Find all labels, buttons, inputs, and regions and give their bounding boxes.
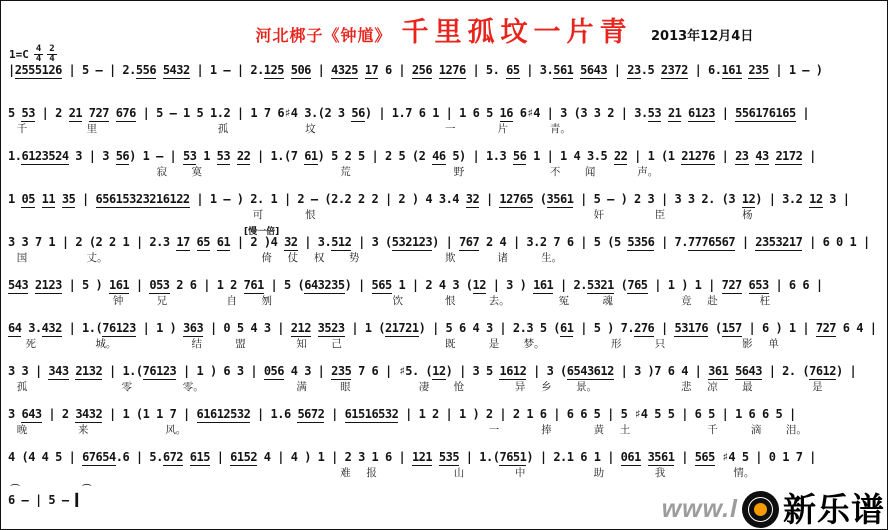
music-system: 543 2123 | 5 ) 161 | 053 2 6 | 1 2 761 |… (8, 278, 882, 320)
lyric-syllable: 零。 (183, 379, 204, 394)
notation-line: |2555126 | 5 – | 2.556 5432 | 1 – | 2.12… (8, 63, 882, 77)
lyric-syllable: 去。 (489, 293, 510, 308)
lyric-syllable: 死 (25, 336, 36, 351)
lyric-syllable: 一 (445, 121, 456, 136)
lyric-syllable: 臣 (655, 207, 666, 222)
notation-line: 4 (4 4 5 | 67654.6 | 5.672 615 | 6152 4 … (8, 450, 882, 464)
lyric-syllable: 满 (296, 379, 307, 394)
lyric-syllable: 风。 (165, 422, 186, 437)
lyric-syllable: 知 (296, 336, 307, 351)
lyric-syllable: 难 (340, 465, 351, 480)
notation-score: |2555126 | 5 – | 2.556 5432 | 1 – | 2.12… (8, 63, 882, 523)
lyric-syllable: 权 (314, 250, 325, 265)
notation-line: 64 3.432 | 1.(76123 | 1 ) 363 | 0 5 4 3 … (8, 321, 882, 335)
lyric-syllable: 中 (515, 465, 526, 480)
lyric-syllable: 异 (515, 379, 526, 394)
lyric-syllable: 我 (655, 465, 666, 480)
lyric-syllable: 悲 (681, 379, 692, 394)
lyric-syllable: 来 (78, 422, 89, 437)
opera-subtitle: 河北梆子《钟馗》 (255, 23, 391, 46)
key-signature: 1=C (9, 48, 29, 61)
lyric-syllable: 倚 (261, 250, 272, 265)
lyric-syllable: 盟 (235, 336, 246, 351)
music-system: 1 05 11 35 | 65615323216122 | 1 – ) 2. 1… (8, 192, 882, 234)
lyric-syllable: 寞 (192, 164, 203, 179)
lyric-syllable: 助 (594, 465, 605, 480)
lyric-syllable: 捧 (541, 422, 552, 437)
lyric-syllable: 最 (742, 379, 753, 394)
lyric-syllable: 晚 (17, 422, 28, 437)
lyric-syllable: 黄 (594, 422, 605, 437)
tempo-mark: ⌒ (82, 482, 91, 495)
music-system: 64 3.432 | 1.(76123 | 1 ) 363 | 0 5 4 3 … (8, 321, 882, 363)
notation-line: 3 643 | 2 3432 | 1 (1 1 7 | 61612532 | 1… (8, 407, 882, 421)
lyric-syllable: 孤 (218, 121, 229, 136)
lyric-syllable: 土 (620, 422, 631, 437)
tempo-mark: [慢一倍] (244, 224, 279, 237)
lyric-syllable: 孤 (17, 379, 28, 394)
watermark: www.l 新乐谱 (662, 491, 885, 528)
notation-line: 1 05 11 35 | 65615323216122 | 1 – ) 2. 1… (8, 192, 882, 206)
notation-line: 5 53 | 2 21 727 676 | 5 – 1 5 1.2 | 1 7 … (8, 106, 882, 120)
lyric-syllable: 景。 (576, 379, 597, 394)
lyric-syllable: 结 (192, 336, 203, 351)
music-system: 4 (4 4 5 | 67654.6 | 5.672 615 | 6152 4 … (8, 450, 882, 492)
lyric-syllable: 梦。 (524, 336, 545, 351)
music-system: |2555126 | 5 – | 2.556 5432 | 1 – | 2.12… (8, 63, 882, 105)
lyric-syllable: 闻 (585, 164, 596, 179)
lyric-syllable: 山 (454, 465, 465, 480)
lyric-syllable: 不 (550, 164, 561, 179)
lyric-syllable: 千 (707, 422, 718, 437)
lyric-syllable: 枉 (760, 293, 771, 308)
lyric-syllable: 凄 (419, 379, 430, 394)
lyric-syllable: 一 (489, 422, 500, 437)
tempo-mark: ⌒ (11, 482, 20, 495)
lyric-syllable: 赴 (707, 293, 718, 308)
lyric-syllable: 可 (253, 207, 264, 222)
lyric-syllable: 奸 (594, 207, 605, 222)
lyric-syllable: 情。 (733, 465, 754, 480)
lyric-syllable: 单 (768, 336, 779, 351)
lyric-syllable: 是 (489, 336, 500, 351)
lyric-syllable: 魂 (602, 293, 613, 308)
time-signatures: 4424 (34, 45, 57, 65)
lyric-syllable: 钟 (113, 293, 124, 308)
lyric-syllable: 饮 (393, 293, 404, 308)
lyric-syllable: 杨 (742, 207, 753, 222)
music-system: 5 53 | 2 21 727 676 | 5 – 1 5 1.2 | 1 7 … (8, 106, 882, 148)
date-label: 2013年12月4日 (651, 25, 753, 44)
lyric-syllable: 寂 (157, 164, 168, 179)
lyric-syllable: 自 (227, 293, 238, 308)
music-system: 3 3 | 343 2132 | 1.(76123 | 1 ) 6 3 | 05… (8, 364, 882, 406)
lyric-syllable: 凉 (707, 379, 718, 394)
lyric-syllable: 国 (17, 250, 28, 265)
lyric-syllable: 恨 (445, 293, 456, 308)
lyric-syllable: 势 (349, 250, 360, 265)
lyric-syllable: 千 (17, 121, 28, 136)
music-system: 1.6123524 3 | 3 56) 1 – | 53 1 53 22 | 1… (8, 149, 882, 191)
lyric-syllable: 泪。 (786, 422, 807, 437)
lyric-syllable: 影 (742, 336, 753, 351)
page-title: 千里孤坟一片青 (402, 19, 633, 46)
time-signature: 44 (34, 45, 43, 65)
lyric-syllable: 城。 (95, 336, 116, 351)
lyric-syllable: 乡 (541, 379, 552, 394)
music-system: [慢一倍]3 3 7 1 | 2 (2 2 1 | 2.3 17 65 61 |… (8, 235, 882, 277)
music-system: 3 643 | 2 3432 | 1 (1 1 7 | 61612532 | 1… (8, 407, 882, 449)
lyric-syllable: 诸 (497, 250, 508, 265)
watermark-brand: 新乐谱 (783, 493, 885, 526)
lyric-syllable: 坟 (305, 121, 316, 136)
lyric-syllable: 片 (497, 121, 508, 136)
lyric-syllable: 冤 (559, 293, 570, 308)
lyric-syllable: 声。 (637, 164, 658, 179)
lyric-syllable: 竟 (681, 293, 692, 308)
lyric-syllable: 是 (812, 379, 823, 394)
lyric-syllable: 既 (445, 336, 456, 351)
lyric-syllable: 生。 (541, 250, 562, 265)
lyric-syllable: 荒 (340, 164, 351, 179)
lyric-syllable: 己 (331, 336, 342, 351)
lyric-syllable: 里 (87, 121, 98, 136)
vinyl-center-dot (754, 503, 767, 516)
watermark-url-text: www.l (662, 495, 738, 524)
lyric-syllable: 兄 (157, 293, 168, 308)
lyric-syllable: 刎 (261, 293, 272, 308)
lyric-syllable: 只 (655, 336, 666, 351)
key-signature-block: 1=C 4424 (9, 45, 57, 65)
vinyl-record-icon (742, 491, 779, 528)
lyric-syllable: 滴 (751, 422, 762, 437)
lyric-syllable: 怆 (454, 379, 465, 394)
notation-line: 3 3 | 343 2132 | 1.(76123 | 1 ) 6 3 | 05… (8, 364, 882, 378)
lyric-syllable: 丈。 (87, 250, 108, 265)
lyric-syllable: 恨 (305, 207, 316, 222)
lyric-syllable: 零 (122, 379, 133, 394)
notation-line: 1.6123524 3 | 3 56) 1 – | 53 1 53 22 | 1… (8, 149, 882, 163)
lyric-syllable: 野 (454, 164, 465, 179)
lyric-syllable: 形 (611, 336, 622, 351)
lyric-syllable: 欺 (445, 250, 456, 265)
lyric-syllable: 眼 (340, 379, 351, 394)
sheet-music-page: 河北梆子《钟馗》 千里孤坟一片青 2013年12月4日 1=C 4424 |25… (0, 0, 888, 530)
lyric-syllable: 仗 (288, 250, 299, 265)
title-block: 河北梆子《钟馗》 千里孤坟一片青 (1, 19, 887, 46)
notation-line: 3 3 7 1 | 2 (2 2 1 | 2.3 17 65 61 | 2 )4… (8, 235, 882, 249)
lyric-syllable: 青。 (550, 121, 571, 136)
lyric-syllable: 报 (366, 465, 377, 480)
time-signature: 24 (47, 45, 56, 65)
notation-line: 543 2123 | 5 ) 161 | 053 2 6 | 1 2 761 |… (8, 278, 882, 292)
